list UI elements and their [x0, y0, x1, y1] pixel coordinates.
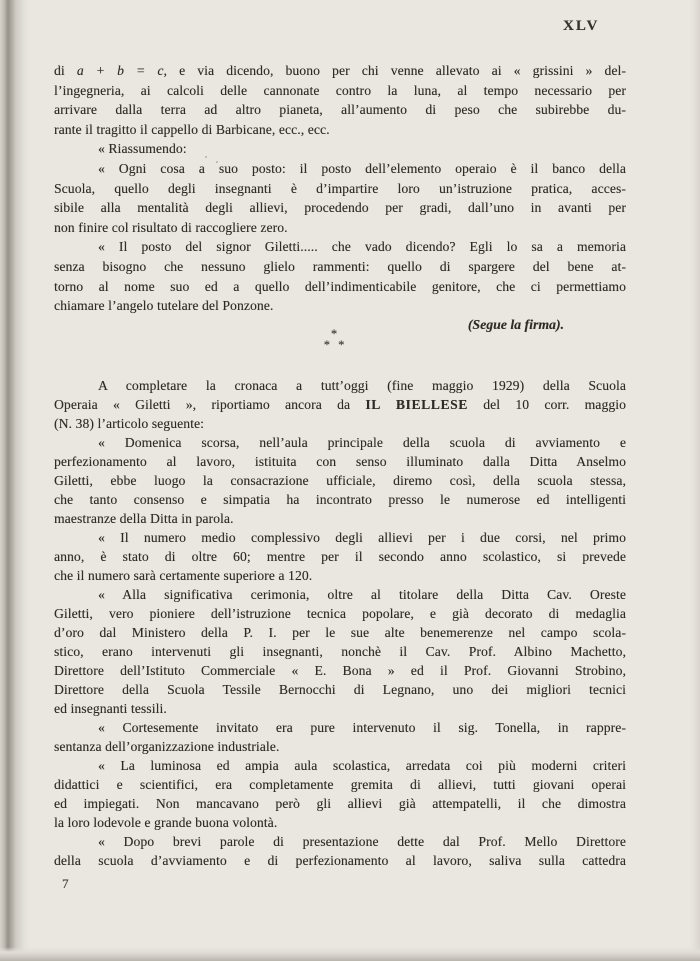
- text-line: ed impiegati. Non mancavano però gli all…: [54, 794, 626, 813]
- text-line: Direttore dell’Istituto Commerciale « E.…: [54, 661, 626, 680]
- text-line: Operaia « Giletti », riportiamo ancora d…: [54, 395, 626, 414]
- text-line: della scuola d’avviamento e di perfezion…: [54, 851, 626, 870]
- text-line: non finire col risultato di raccogliere …: [54, 218, 626, 238]
- book-page: XLV di a + b = c, e via dicendo, buono p…: [0, 0, 700, 961]
- text-line: Giletti, vero pioniere dell’istruzione t…: [54, 604, 626, 623]
- text-block-upper: di a + b = c, e via dicendo, buono per c…: [54, 61, 626, 316]
- text-line: sentanza dell’organizzazione industriale…: [54, 737, 626, 756]
- text-line: didattici e scientifici, era completamen…: [54, 775, 626, 794]
- text-line: « Il posto del signor Giletti..... che v…: [54, 237, 626, 257]
- text-line: perfezionamento al lavoro, istituita con…: [54, 452, 626, 471]
- text-line: stico, erano intervenuti gli insegnanti,…: [54, 642, 626, 661]
- text-line: « Domenica scorsa, nell’aula principale …: [54, 433, 626, 452]
- text-block-lower: A completare la cronaca a tutt’oggi (fin…: [54, 376, 626, 870]
- text-line: che il numero sarà certamente superiore …: [54, 566, 626, 585]
- text-line: maestranze della Ditta in parola.: [54, 509, 626, 528]
- text-line: Giletti, ebbe luogo la consacrazione uff…: [54, 471, 626, 490]
- page-number: 7: [62, 876, 69, 892]
- text-line: che tanto consenso e simpatia ha incontr…: [54, 490, 626, 509]
- text-line: anno, è stato di oltre 60; mentre per il…: [54, 547, 626, 566]
- text-line: torno al nome suo ed a quello dell’indim…: [54, 277, 626, 297]
- asterism-divider: * * *: [48, 329, 620, 351]
- text-line: la loro lodevole e grande buona volontà.: [54, 813, 626, 832]
- text-line: « Alla significativa cerimonia, oltre al…: [54, 585, 626, 604]
- text-line: sibile alla mentalità degli allievi, pro…: [54, 198, 626, 218]
- asterism-bottom: * *: [48, 340, 620, 351]
- text-line: Direttore della Scuola Tessile Bernocchi…: [54, 680, 626, 699]
- text-line: chiamare l’angelo tutelare del Ponzone.: [54, 296, 626, 316]
- page-left-gutter-shadow: [0, 0, 30, 961]
- text-line: « Il numero medio complessivo degli alli…: [54, 528, 626, 547]
- text-line: Scuola, quello degli insegnanti è d’impa…: [54, 179, 626, 199]
- ink-speck: [216, 161, 218, 163]
- text-line: (N. 38) l’articolo seguente:: [54, 414, 626, 433]
- text-line: rante il tragitto il cappello di Barbica…: [54, 120, 626, 140]
- text-line: « Ogni cosa a suo posto: il posto dell’e…: [54, 159, 626, 179]
- text-line: « Riassumendo:: [54, 139, 626, 159]
- text-line: « Cortesemente invitato era pure interve…: [54, 718, 626, 737]
- page-bottom-edge-shadow: [0, 947, 700, 961]
- text-line: senza bisogno che nessuno glielo ramment…: [54, 257, 626, 277]
- text-line: « Dopo brevi parole di presentazione det…: [54, 832, 626, 851]
- text-line: arrivare dalla terra ad altro pianeta, a…: [54, 100, 626, 120]
- text-line: A completare la cronaca a tutt’oggi (fin…: [54, 376, 626, 395]
- text-line: d’oro dal Ministero della P. I. per le s…: [54, 623, 626, 642]
- text-line: « La luminosa ed ampia aula scolastica, …: [54, 756, 626, 775]
- ink-speck: [205, 156, 207, 158]
- page-folio-roman: XLV: [563, 18, 599, 35]
- text-line: ed insegnanti tessili.: [54, 699, 626, 718]
- text-line: di a + b = c, e via dicendo, buono per c…: [54, 61, 626, 81]
- text-line: l’ingegneria, ai calcoli delle cannonate…: [54, 81, 626, 101]
- page-right-edge-shadow: [688, 0, 700, 961]
